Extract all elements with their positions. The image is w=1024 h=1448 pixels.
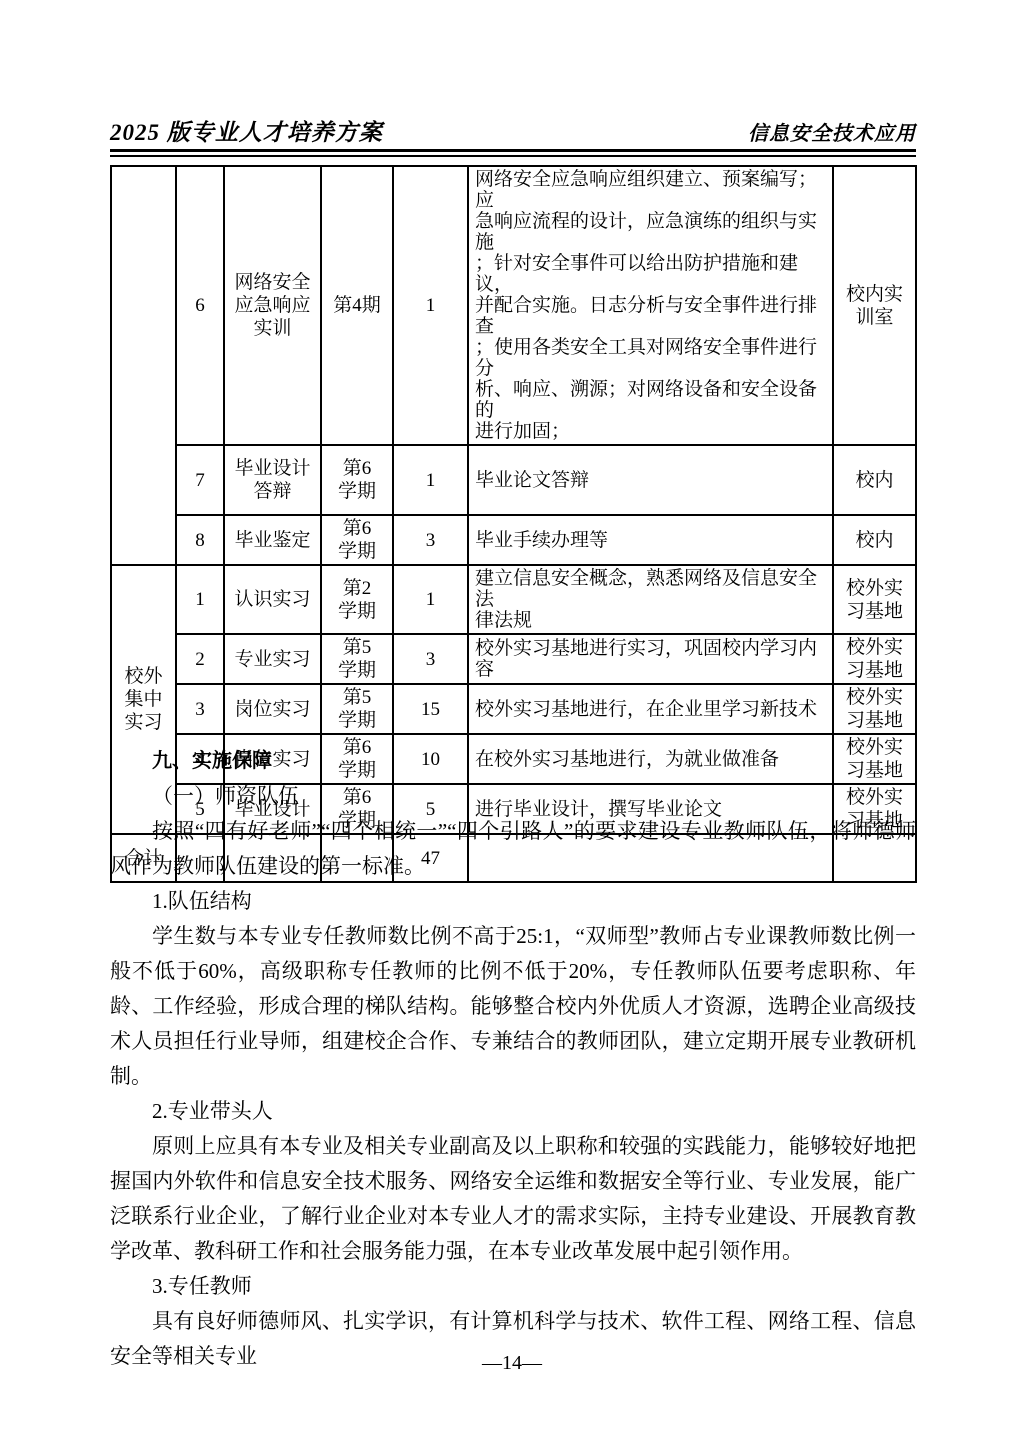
cell-location: 校外实 习基地: [833, 565, 916, 634]
page-number: —14—: [0, 1352, 1024, 1375]
cell-description: 校外实习基地进行，在企业里学习新技术: [468, 684, 833, 734]
cell-item-name: 认识实习: [224, 565, 321, 634]
cell-weeks: 1: [393, 565, 468, 634]
cell-location: 校外实 习基地: [833, 684, 916, 734]
cell-term: 第5 学期: [321, 634, 393, 684]
cell-weeks: 3: [393, 515, 468, 565]
cell-index: 2: [176, 634, 224, 684]
cell-index: 8: [176, 515, 224, 565]
section-heading: 九、实施保障: [110, 744, 916, 779]
paragraph: 按照“四有好老师”“四个相统一”“四个引路人”的要求建设专业教师队伍，将师德师风…: [110, 814, 916, 884]
cell-index: 1: [176, 565, 224, 634]
header-running-title: 2025 版专业人才培养方案: [110, 114, 383, 147]
cell-term: 第4期: [321, 166, 393, 445]
cell-term: 第6 学期: [321, 445, 393, 515]
document-page: 2025 版专业人才培养方案 信息安全技术应用 6 网络安全 应急响应 实训 第…: [0, 0, 1024, 1448]
cell-term: 第2 学期: [321, 565, 393, 634]
table-row: 3 岗位实习 第5 学期 15 校外实习基地进行，在企业里学习新技术 校外实 习…: [111, 684, 916, 734]
cell-item-name: 毕业设计 答辩: [224, 445, 321, 515]
cell-location: 校外实 习基地: [833, 634, 916, 684]
cell-item-name: 网络安全 应急响应 实训: [224, 166, 321, 445]
header-divider: [110, 149, 916, 157]
cell-term: 第5 学期: [321, 684, 393, 734]
table-row: 校外 集中 实习 1 认识实习 第2 学期 1 建立信息安全概念，熟悉网络及信息…: [111, 565, 916, 634]
cell-item-name: 毕业鉴定: [224, 515, 321, 565]
cell-item-name: 岗位实习: [224, 684, 321, 734]
subsection-heading: （一）师资队伍: [110, 779, 916, 814]
cell-location: 校内实 训室: [833, 166, 916, 445]
item-heading: 2.专业带头人: [110, 1094, 916, 1129]
cell-weeks: 15: [393, 684, 468, 734]
cell-description: 毕业手续办理等: [468, 515, 833, 565]
table-row: 7 毕业设计 答辩 第6 学期 1 毕业论文答辩 校内: [111, 445, 916, 515]
cell-location: 校内: [833, 445, 916, 515]
paragraph: 学生数与本专业专任教师数比例不高于25:1，“双师型”教师占专业课教师数比例一般…: [110, 919, 916, 1094]
paragraph: 原则上应具有本专业及相关专业副高及以上职称和较强的实践能力，能够较好地把握国内外…: [110, 1129, 916, 1269]
cell-category: [111, 166, 176, 565]
cell-index: 6: [176, 166, 224, 445]
page-header: 2025 版专业人才培养方案 信息安全技术应用: [110, 114, 916, 147]
header-doc-title: 信息安全技术应用: [748, 117, 916, 146]
cell-index: 7: [176, 445, 224, 515]
cell-location: 校内: [833, 515, 916, 565]
item-heading: 1.队伍结构: [110, 884, 916, 919]
table-row: 8 毕业鉴定 第6 学期 3 毕业手续办理等 校内: [111, 515, 916, 565]
cell-description: 校外实习基地进行实习，巩固校内学习内容: [468, 634, 833, 684]
cell-item-name: 专业实习: [224, 634, 321, 684]
cell-index: 3: [176, 684, 224, 734]
body-text: 九、实施保障 （一）师资队伍 按照“四有好老师”“四个相统一”“四个引路人”的要…: [110, 744, 916, 1374]
cell-description: 网络安全应急响应组织建立、预案编写；应 急响应流程的设计，应急演练的组织与实施 …: [468, 166, 833, 445]
cell-weeks: 3: [393, 634, 468, 684]
item-heading: 3.专任教师: [110, 1269, 916, 1304]
cell-description: 建立信息安全概念，熟悉网络及信息安全法 律法规: [468, 565, 833, 634]
cell-term: 第6 学期: [321, 515, 393, 565]
cell-weeks: 1: [393, 166, 468, 445]
table-row: 6 网络安全 应急响应 实训 第4期 1 网络安全应急响应组织建立、预案编写；应…: [111, 166, 916, 445]
table-row: 2 专业实习 第5 学期 3 校外实习基地进行实习，巩固校内学习内容 校外实 习…: [111, 634, 916, 684]
cell-weeks: 1: [393, 445, 468, 515]
cell-description: 毕业论文答辩: [468, 445, 833, 515]
